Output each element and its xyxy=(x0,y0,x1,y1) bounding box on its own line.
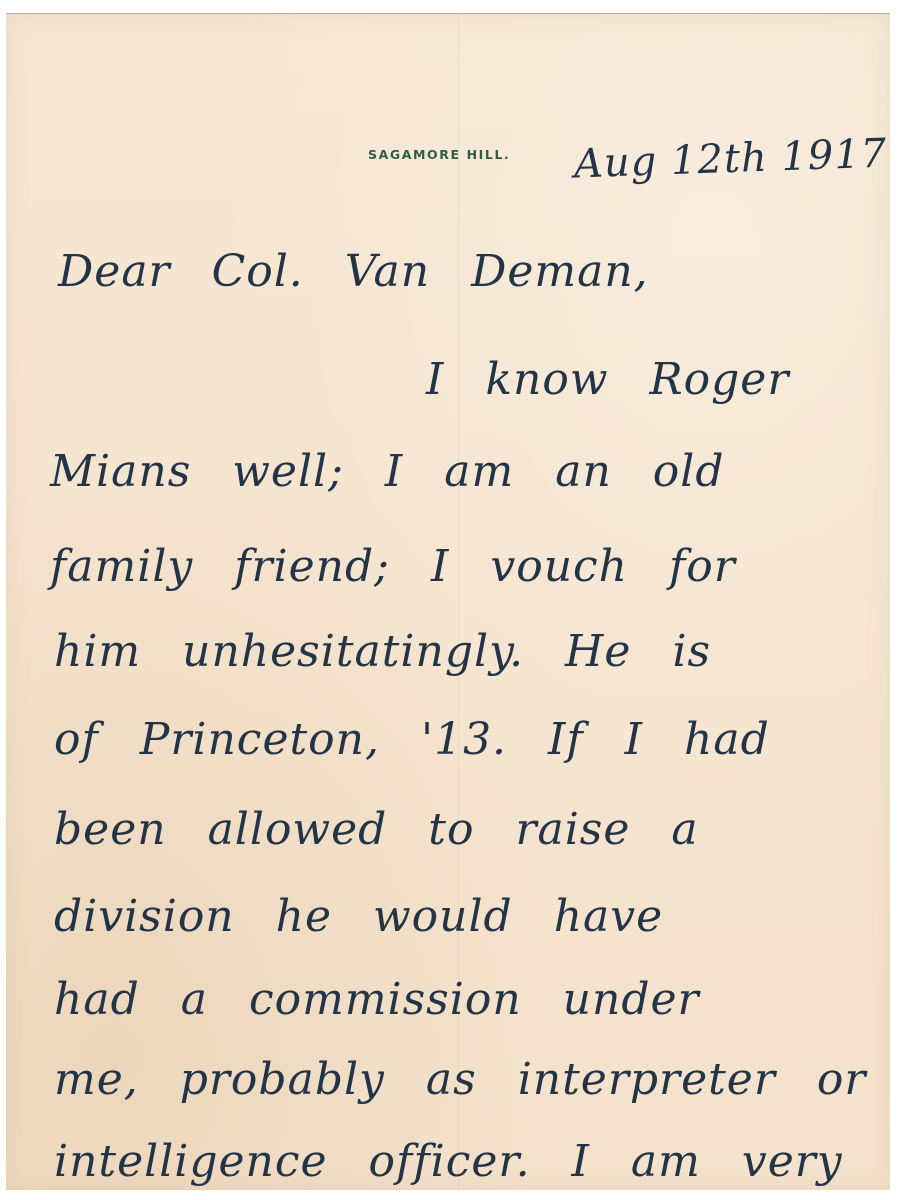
body-line: division he would have xyxy=(54,891,663,942)
body-line: Mians well; I am an old xyxy=(50,446,725,497)
body-line: family friend; I vouch for xyxy=(50,541,736,592)
body-line: I know Roger xyxy=(426,354,789,405)
body-line: had a commission under xyxy=(54,974,700,1025)
body-line: him unhesitatingly. He is xyxy=(54,626,711,677)
body-line: of Princeton, '13. If I had xyxy=(54,714,770,765)
letter-page: SAGAMORE HILL. Aug 12th 1917 Dear Col. V… xyxy=(6,13,890,1190)
letter-date: Aug 12th 1917 xyxy=(573,131,888,188)
letterhead: SAGAMORE HILL. xyxy=(368,147,510,162)
salutation: Dear Col. Van Deman, xyxy=(58,246,649,297)
body-line: intelligence officer. I am very xyxy=(54,1136,843,1187)
body-line: me, probably as interpreter or xyxy=(54,1054,866,1105)
body-line: been allowed to raise a xyxy=(54,804,699,855)
